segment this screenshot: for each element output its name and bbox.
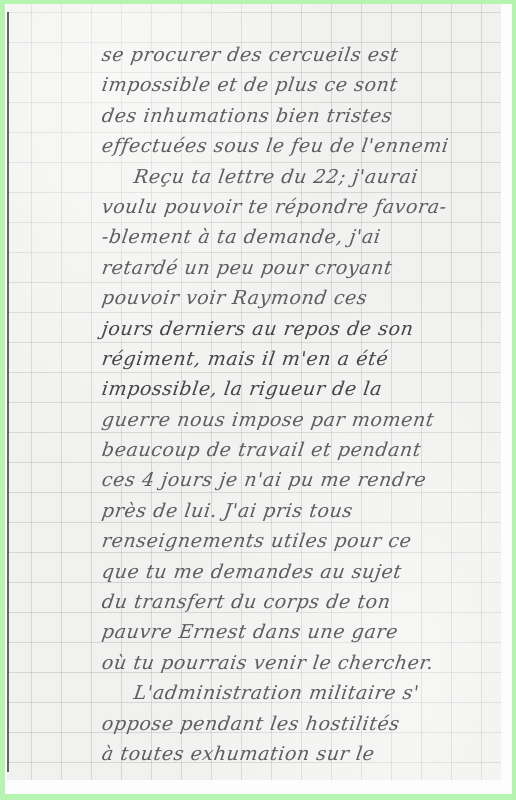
scanned-page: se procurer des cercueils estimpossible … bbox=[5, 4, 512, 794]
handwritten-line: retardé un peu pour croyant bbox=[100, 253, 504, 283]
handwritten-line: -blement à ta demande, j'ai bbox=[100, 222, 504, 252]
handwritten-line: où tu pourrais venir le chercher. bbox=[100, 648, 504, 678]
handwritten-letter-body: se procurer des cercueils estimpossible … bbox=[102, 40, 502, 769]
handwritten-line: impossible et de plus ce sont bbox=[100, 70, 504, 100]
handwritten-line: que tu me demandes au sujet bbox=[100, 557, 504, 587]
handwritten-line: voulu pouvoir te répondre favora- bbox=[100, 192, 504, 222]
handwritten-line: impossible, la rigueur de la bbox=[100, 374, 504, 404]
handwritten-line: pouvoir voir Raymond ces bbox=[100, 283, 504, 313]
handwritten-line: jours derniers au repos de son bbox=[100, 314, 504, 344]
handwritten-line: du transfert du corps de ton bbox=[100, 587, 504, 617]
handwritten-line: Reçu ta lettre du 22; j'aurai bbox=[100, 162, 504, 192]
handwritten-line: beaucoup de travail et pendant bbox=[100, 435, 504, 465]
handwritten-line: effectuées sous le feu de l'ennemi bbox=[100, 131, 504, 161]
handwritten-line: pauvre Ernest dans une gare bbox=[100, 617, 504, 647]
handwritten-line: L'administration militaire s' bbox=[100, 678, 504, 708]
handwritten-line: se procurer des cercueils est bbox=[100, 40, 504, 70]
page-edge-shadow bbox=[7, 12, 9, 772]
handwritten-line: régiment, mais il m'en a été bbox=[100, 344, 504, 374]
handwritten-line: des inhumations bien tristes bbox=[100, 101, 504, 131]
handwritten-line: près de lui. J'ai pris tous bbox=[100, 496, 504, 526]
handwritten-line: ces 4 jours je n'ai pu me rendre bbox=[100, 465, 504, 495]
handwritten-line: guerre nous impose par moment bbox=[100, 405, 504, 435]
grid-paper: se procurer des cercueils estimpossible … bbox=[7, 4, 501, 780]
handwritten-line: à toutes exhumation sur le bbox=[100, 739, 504, 769]
handwritten-line: oppose pendant les hostilités bbox=[100, 709, 504, 739]
handwritten-line: renseignements utiles pour ce bbox=[100, 526, 504, 556]
